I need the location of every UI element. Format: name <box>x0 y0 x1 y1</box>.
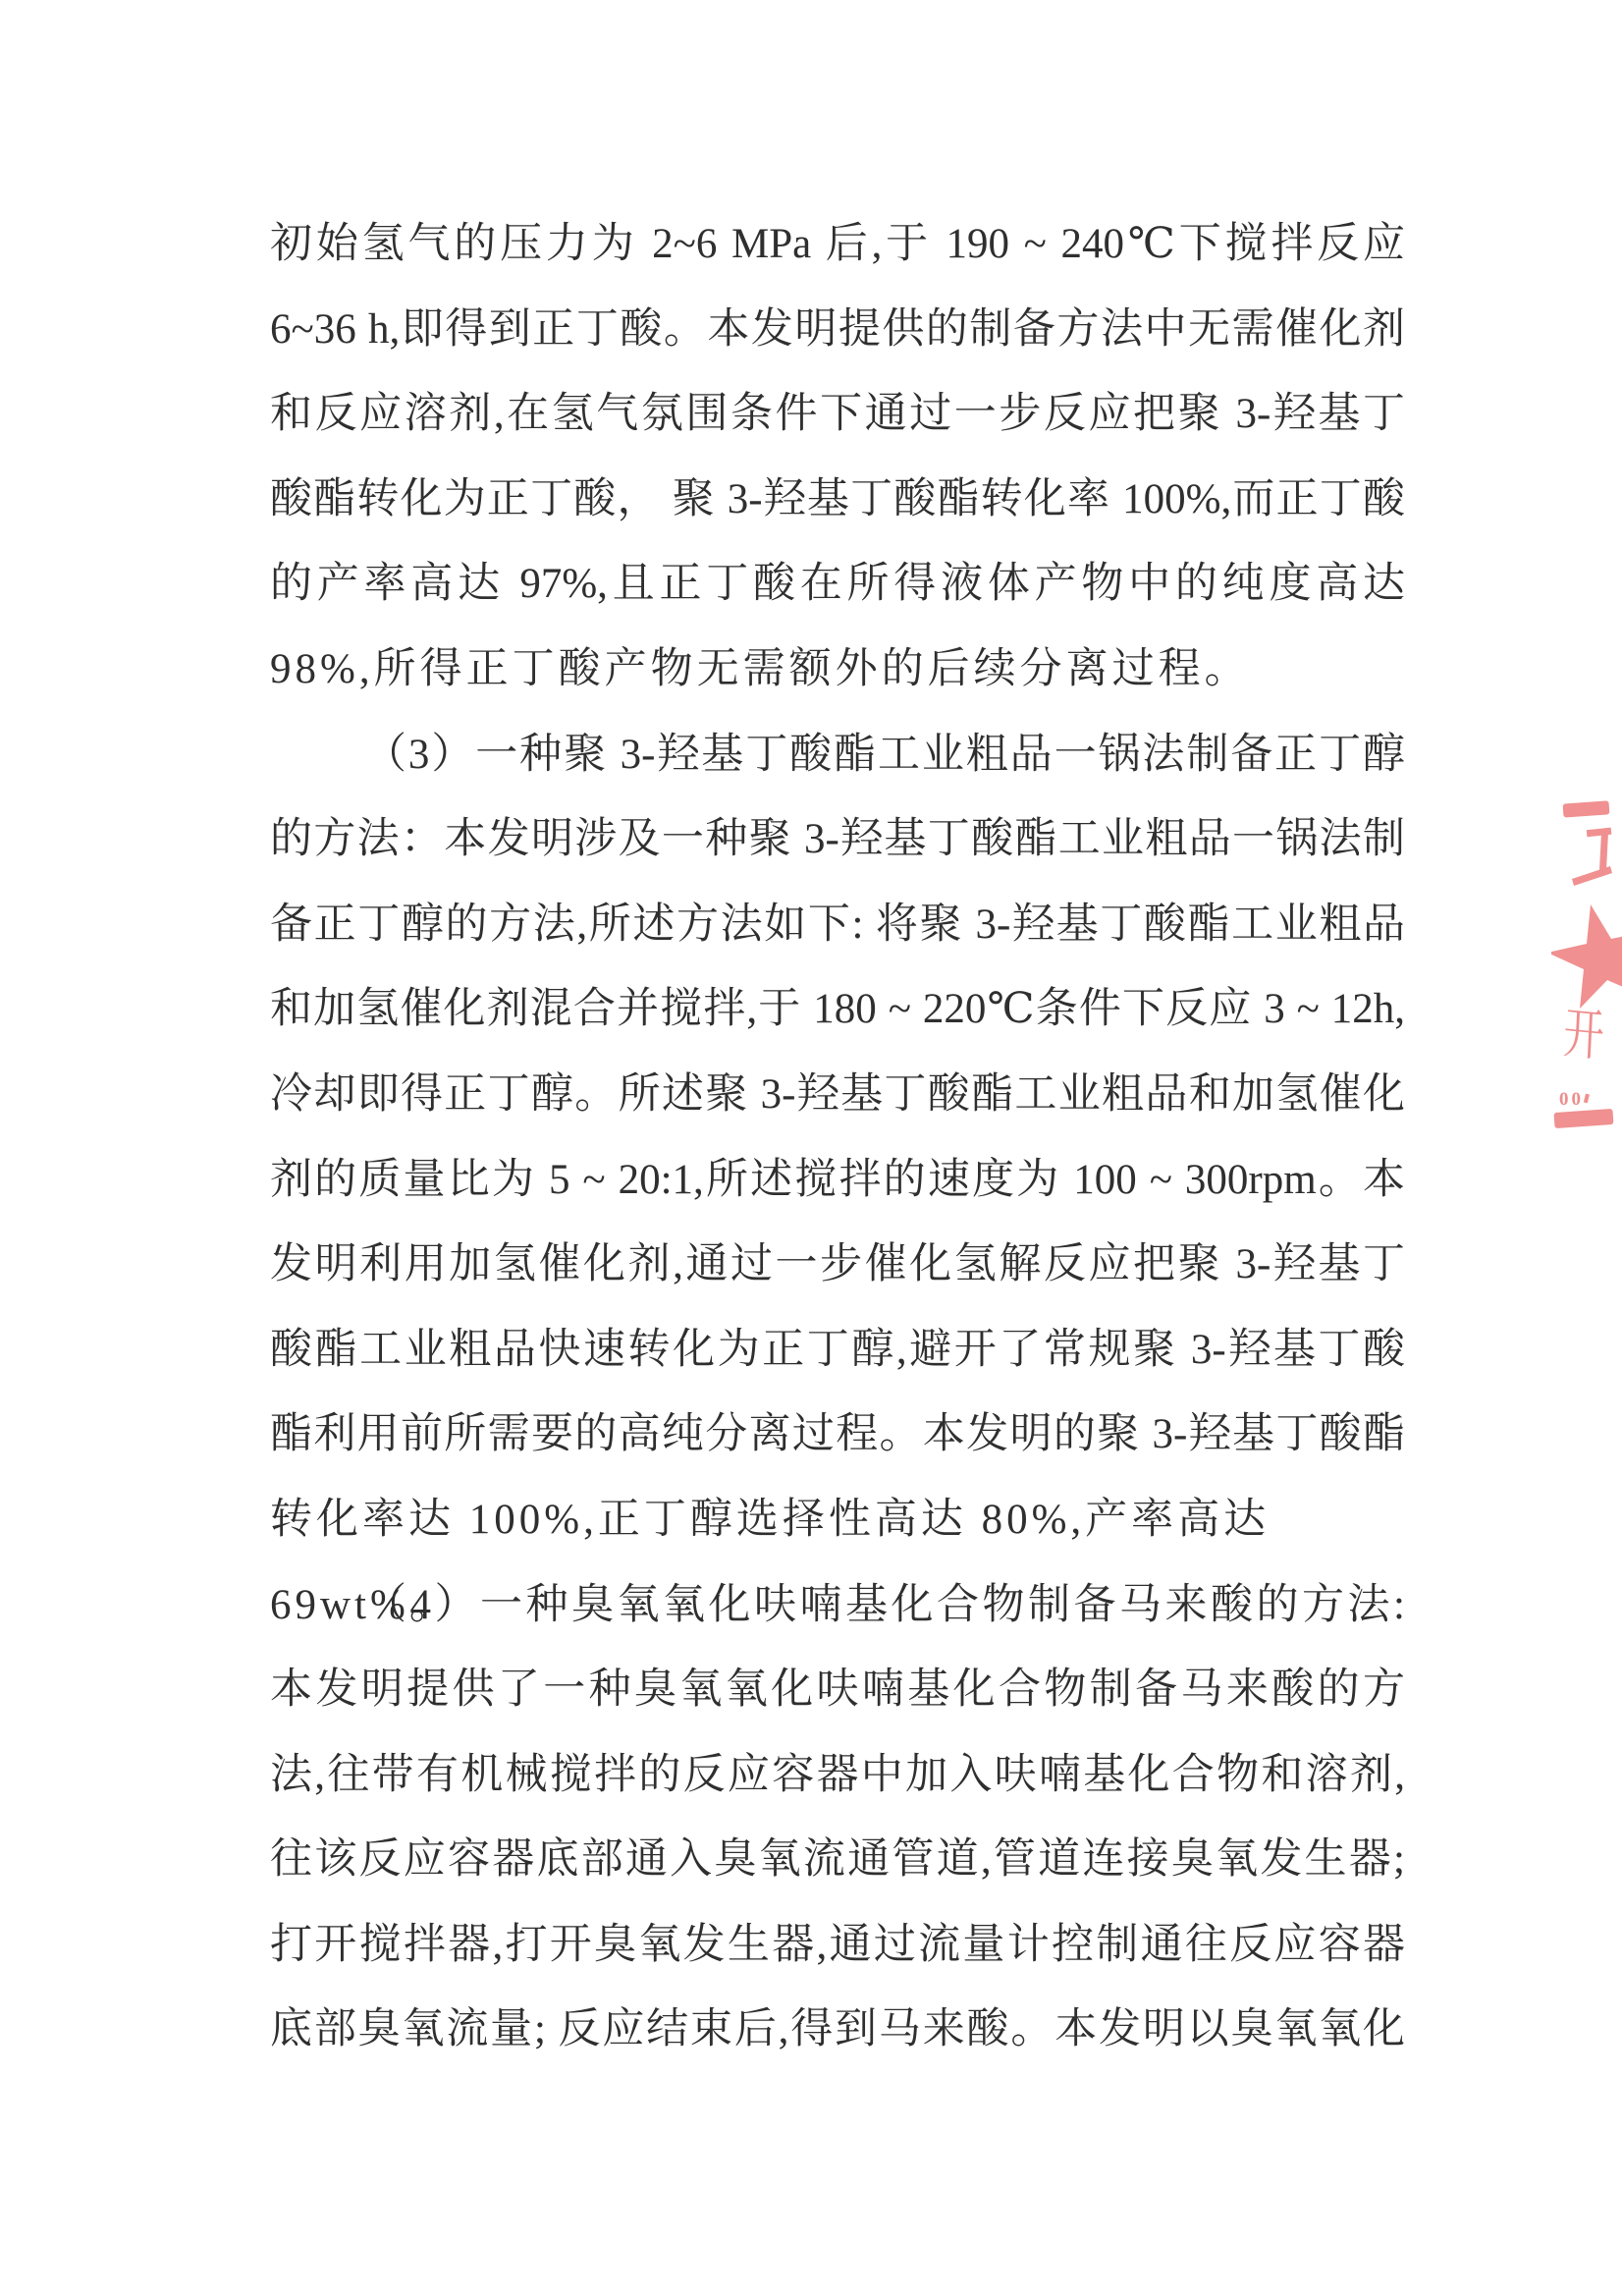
text-line: 往该反应容器底部通入臭氧流通管道,管道连接臭氧发生器; <box>270 1818 1405 1903</box>
text-line: 冷却即得正丁醇。所述聚 3-羟基丁酸酯工业粗品和加氢催化 <box>270 1053 1405 1138</box>
stamp-apostrophe-mark <box>1584 1094 1590 1104</box>
text-line: 酸酯转化为正丁酸， 聚 3-羟基丁酸酯转化率 100%,而正丁酸 <box>270 458 1405 543</box>
text-line: 和反应溶剂,在氢气氛围条件下通过一步反应把聚 3-羟基丁 <box>270 372 1405 458</box>
text-line: 和加氢催化剂混合并搅拌,于 180 ~ 220℃条件下反应 3 ~ 12h, <box>270 967 1405 1053</box>
stamp-border-bar-bottom <box>1554 1109 1614 1128</box>
red-stamp: 开 00 <box>1551 786 1622 1139</box>
text-line: 打开搅拌器,打开臭氧发生器,通过流量计控制通往反应容器 <box>270 1903 1405 1989</box>
text-line: 备正丁醇的方法,所述方法如下: 将聚 3-羟基丁酸酯工业粗品 <box>270 883 1405 968</box>
patent-text-block: 初始氢气的压力为 2~6 MPa 后,于 190 ~ 240℃下搅拌反应 6~3… <box>270 202 1405 2073</box>
stamp-border-bar-top <box>1563 800 1610 817</box>
text-line: 6~36 h,即得到正丁酸。本发明提供的制备方法中无需催化剂 <box>270 288 1405 373</box>
stamp-partial-char-stroke <box>1599 831 1608 872</box>
text-line: 酸酯工业粗品快速转化为正丁醇,避开了常规聚 3-羟基丁酸 <box>270 1308 1405 1394</box>
text-line: 的产率高达 97%,且正丁酸在所得液体产物中的纯度高达 <box>270 542 1405 628</box>
stamp-star-icon <box>1551 904 1622 1009</box>
stamp-shapes <box>1551 786 1622 1139</box>
text-line-paragraph-3-heading: （3）一种聚 3-羟基丁酸酯工业粗品一锅法制备正丁醇 <box>270 713 1405 798</box>
text-line: 剂的质量比为 5 ~ 20:1,所述搅拌的速度为 100 ~ 300rpm。本 <box>270 1138 1405 1224</box>
text-line: 法,往带有机械搅拌的反应容器中加入呋喃基化合物和溶剂, <box>270 1733 1405 1819</box>
stamp-digits: 00 <box>1559 1089 1584 1111</box>
document-page: 初始氢气的压力为 2~6 MPa 后,于 190 ~ 240℃下搅拌反应 6~3… <box>0 0 1622 2296</box>
text-line: 本发明提供了一种臭氧氧化呋喃基化合物制备马来酸的方 <box>270 1648 1405 1733</box>
text-line: 发明利用加氢催化剂,通过一步催化氢解反应把聚 3-羟基丁 <box>270 1223 1405 1308</box>
text-line: 转化率达 100%,正丁醇选择性高达 80%,产率高达 69wt%。 <box>270 1478 1405 1563</box>
text-line: 底部臭氧流量; 反应结束后,得到马来酸。本发明以臭氧氧化 <box>270 1988 1405 2073</box>
stamp-partial-char-stroke <box>1572 866 1612 886</box>
text-line: 初始氢气的压力为 2~6 MPa 后,于 190 ~ 240℃下搅拌反应 <box>270 202 1405 288</box>
stamp-char: 开 <box>1562 1006 1605 1066</box>
text-line: 酯利用前所需要的高纯分离过程。本发明的聚 3-羟基丁酸酯 <box>270 1393 1405 1478</box>
text-line-paragraph-4-heading: （4）一种臭氧氧化呋喃基化合物制备马来酸的方法: <box>270 1563 1405 1649</box>
text-line: 98%,所得正丁酸产物无需额外的后续分离过程。 <box>270 628 1405 713</box>
text-line: 的方法：本发明涉及一种聚 3-羟基丁酸酯工业粗品一锅法制 <box>270 797 1405 883</box>
